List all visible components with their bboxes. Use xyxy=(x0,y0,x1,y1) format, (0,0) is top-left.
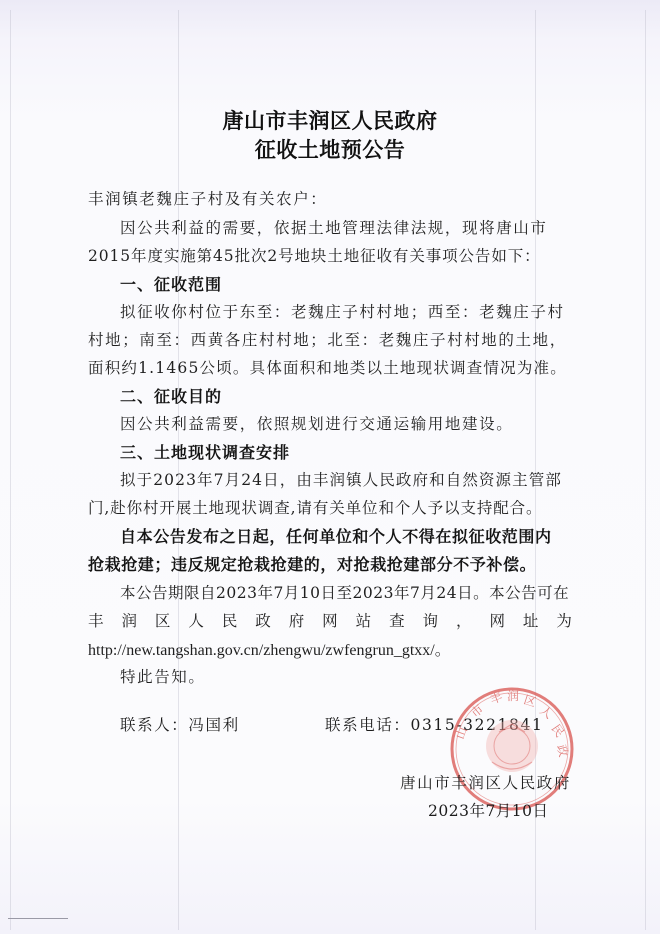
svg-text:区: 区 xyxy=(522,693,538,710)
addressee: 丰润镇老魏庄子村及有关农户： xyxy=(88,187,572,209)
char: 丰 xyxy=(88,609,104,631)
char: 润 xyxy=(121,609,137,631)
char: 询 xyxy=(423,609,439,631)
intro-line-2: 2015年度实施第45批次2号地块土地征收有关事项公告如下： xyxy=(88,244,572,266)
section3-line-1: 拟于2023年7月24日，由丰润镇人民政府和自然资源主管部 xyxy=(120,468,572,490)
issuing-organization: 唐山市丰润区人民政府 xyxy=(400,771,571,793)
char: 政 xyxy=(255,609,271,631)
page-bottom-edge xyxy=(8,918,68,919)
section1-line-2: 村地；南至：西黄各庄村村地；北至：老魏庄子村村地的土地， xyxy=(88,328,572,350)
section1-line-3: 面积约1.1465公顷。具体面积和地类以土地现状调查情况为准。 xyxy=(88,356,572,378)
warning-line-2: 抢栽抢建；违反规定抢栽抢建的，对抢栽抢建部分不予补偿。 xyxy=(88,552,572,575)
period-line-2: 丰 润 区 人 民 政 府 网 站 查 询 ， 网 址 为 xyxy=(88,609,572,631)
section2-line-1: 因公共利益需要，依照规划进行交通运输用地建设。 xyxy=(120,412,572,434)
website-url: http://new.tangshan.gov.cn/zhengwu/zwfen… xyxy=(88,637,572,660)
document-page: 唐山市丰润区人民政府 征收土地预公告 丰润镇老魏庄子村及有关农户： 因公共利益的… xyxy=(0,0,660,934)
official-seal-icon: 市 丰 润 区 人 民 政 山 xyxy=(447,684,577,814)
svg-text:山: 山 xyxy=(453,725,470,741)
char: 址 xyxy=(523,609,539,631)
section3-line-2: 门,赴你村开展土地现状调查,请有关单位和个人予以支持配合。 xyxy=(88,496,572,518)
warning-line-1: 自本公告发布之日起，任何单位和个人不得在拟征收范围内 xyxy=(120,524,572,547)
svg-text:润: 润 xyxy=(507,689,519,703)
char: 为 xyxy=(556,609,572,631)
svg-text:民: 民 xyxy=(549,722,567,740)
section2-heading: 二、征收目的 xyxy=(120,384,572,407)
section1-line-1: 拟征收你村位于东至：老魏庄子村村地；西至：老魏庄子村 xyxy=(120,300,572,322)
intro-line-1: 因公共利益的需要，依据土地管理法律法规，现将唐山市 xyxy=(120,216,572,238)
document-title-line1: 唐山市丰润区人民政府 xyxy=(0,105,660,135)
svg-text:政: 政 xyxy=(554,743,572,758)
section3-heading: 三、土地现状调查安排 xyxy=(120,440,572,463)
char: 民 xyxy=(222,609,238,631)
char: 府 xyxy=(289,609,305,631)
char: 查 xyxy=(389,609,405,631)
period-line-1: 本公告期限自2023年7月10日至2023年7月24日。本公告可在 xyxy=(120,581,572,603)
section1-heading: 一、征收范围 xyxy=(120,272,572,295)
char: ， xyxy=(456,609,472,631)
char: 网 xyxy=(489,609,505,631)
contact-person: 联系人：冯国利 xyxy=(120,713,240,735)
document-title-line2: 征收土地预公告 xyxy=(0,134,660,164)
char: 网 xyxy=(322,609,338,631)
issue-date: 2023年7月10日 xyxy=(428,799,549,821)
char: 区 xyxy=(155,609,171,631)
char: 人 xyxy=(188,609,204,631)
char: 站 xyxy=(356,609,372,631)
